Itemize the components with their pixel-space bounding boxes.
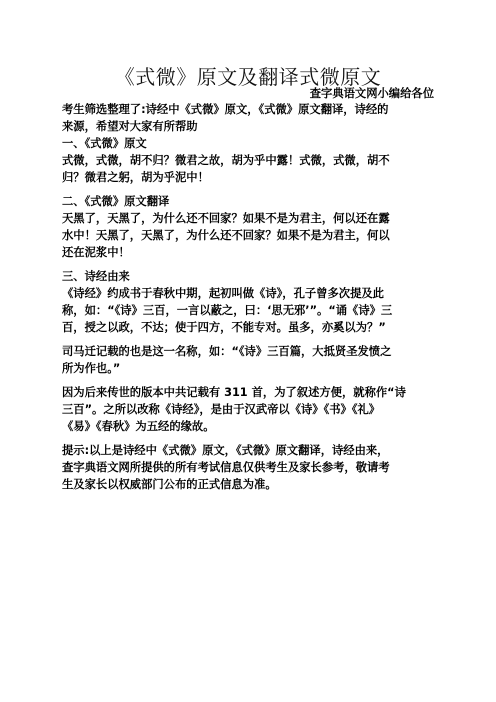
section-heading-original: 一、《式微》原文: [62, 135, 442, 152]
translation-line: 还在泥浆中！: [62, 244, 442, 261]
document-page: 《式微》原文及翻译式微原文 查字典语文网小编给各位 考生筛选整理了:诗经中《式微…: [0, 0, 496, 702]
section-heading-translation: 二、《式微》原文翻译: [62, 193, 442, 210]
intro-line: 考生筛选整理了:诗经中《式微》原文，《式微》原文翻译，诗经的: [62, 101, 442, 118]
origin-line: 《诗经》约成书于春秋中期，起初叫做《诗》，孔子曾多次提及此: [62, 285, 442, 302]
section-heading-origin: 三、诗经由来: [62, 268, 442, 285]
intro-right-text: 查字典语文网小编给各位: [310, 85, 434, 101]
count-paragraph-line: 《易》《春秋》为五经的缘故。: [62, 418, 442, 435]
sima-qian-paragraph-line: 司马迁记载的也是这一名称，如：“《诗》三百篇，大抵贤圣发愤之: [62, 343, 442, 360]
count-paragraph-line: 因为后来传世的版本中共记载有 311 首，为了叙述方便，就称作“诗: [62, 384, 442, 401]
original-text-line: 归？微君之躬，胡为乎泥中！: [62, 169, 442, 186]
count-paragraph-line: 三百”。之所以改称《诗经》，是由于汉武帝以《诗》《书》《礼》: [62, 401, 442, 418]
translation-line: 水中！天黑了，天黑了，为什么还不回家？如果不是为君主，何以: [62, 227, 442, 244]
origin-line: 百，授之以政，不达；使于四方，不能专对。虽多，亦奚以为？”: [62, 319, 442, 336]
intro-line: 来源，希望对大家有所帮助: [62, 118, 442, 135]
sima-qian-paragraph-line: 所为作也。”: [62, 360, 442, 377]
tip-line: 查字典语文网所提供的所有考试信息仅供考生及家长参考，敬请考: [62, 459, 442, 476]
origin-line: 称，如：“《诗》三百，一言以蔽之，曰：‘思无邪’”。“诵《诗》三: [62, 302, 442, 319]
translation-line: 天黑了，天黑了，为什么还不回家？如果不是为君主，何以还在露: [62, 210, 442, 227]
tip-line: 生及家长以权威部门公布的正式信息为准。: [62, 476, 442, 493]
original-text-line: 式微，式微，胡不归？微君之故，胡为乎中露！式微，式微，胡不: [62, 152, 442, 169]
tip-line: 提示:以上是诗经中《式微》原文，《式微》原文翻译，诗经由来，: [62, 442, 442, 459]
